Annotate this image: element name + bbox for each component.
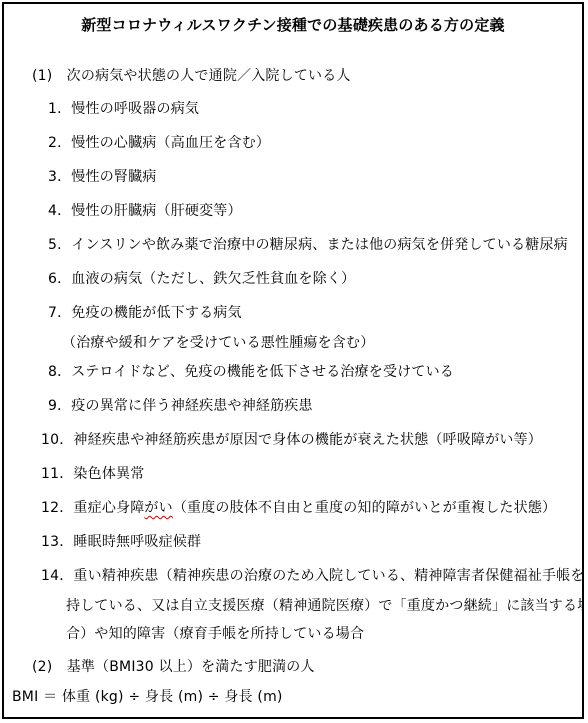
- list-item-14-line2: 持している、又は自立支援医療（精神通院医療）で「重度かつ継続」に該当する場: [4, 596, 582, 616]
- list-item-13: 13．睡眠時無呼吸症候群: [4, 532, 582, 552]
- bmi-formula: BMI ＝ 体重 (kg) ÷ 身長 (m) ÷ 身長 (m): [4, 687, 582, 707]
- list-item-2: 2．慢性の心臓病（高血圧を含む）: [4, 133, 582, 153]
- list-item-7: 7．免疫の機能が低下する病気: [4, 303, 582, 323]
- document-border: 新型コロナウィルスワクチン接種での基礎疾患のある方の定義 (1) 次の病気や状態…: [2, 2, 584, 719]
- list-item-1: 1．慢性の呼吸器の病気: [4, 99, 582, 119]
- list-item-4: 4．慢性の肝臓病（肝硬変等）: [4, 201, 582, 221]
- list-item-10: 10．神経疾患や神経筋疾患が原因で身体の機能が衰えた状態（呼吸障がい等）: [4, 430, 582, 450]
- document-page: 新型コロナウィルスワクチン接種での基礎疾患のある方の定義 (1) 次の病気や状態…: [0, 0, 588, 723]
- list-item-8: 8．ステロイドなど、免疫の機能を低下させる治療を受けている: [4, 362, 582, 382]
- list-item-6: 6．血液の病気（ただし、鉄欠乏性貧血を除く）: [4, 269, 582, 289]
- list-item-14-line3: 合）や知的障害（療育手帳を所持している場合: [4, 624, 582, 644]
- section-2-header: (2) 基準（BMI30 以上）を満たす肥満の人: [4, 657, 582, 677]
- list-item-12: 12．重症心身障がい（重度の肢体不自由と重度の知的障がいとが重複した状態）: [4, 498, 582, 518]
- list-item-14-line1: 14．重い精神疾患（精神疾患の治療のため入院している、精神障害者保健福祉手帳を所: [4, 566, 582, 586]
- list-item-3: 3．慢性の腎臓病: [4, 167, 582, 187]
- document-title: 新型コロナウィルスワクチン接種での基礎疾患のある方の定義: [4, 14, 582, 36]
- list-item-11: 11．染色体異常: [4, 464, 582, 484]
- list-item-12-text-rest: （重度の肢体不自由と重度の知的障がいとが重複した状態）: [173, 500, 556, 516]
- list-item-12-text: 12．重症心身障: [41, 500, 144, 516]
- spellcheck-underline: がい: [144, 500, 172, 516]
- section-1-header: (1) 次の病気や状態の人で通院／入院している人: [4, 66, 582, 86]
- list-item-9: 9．疫の異常に伴う神経疾患や神経筋疾患: [4, 396, 582, 416]
- list-item-7-note: （治療や緩和ケアを受けている悪性腫瘍を含む）: [4, 333, 582, 353]
- list-item-5: 5．インスリンや飲み薬で治療中の糖尿病、または他の病気を併発している糖尿病: [4, 235, 582, 255]
